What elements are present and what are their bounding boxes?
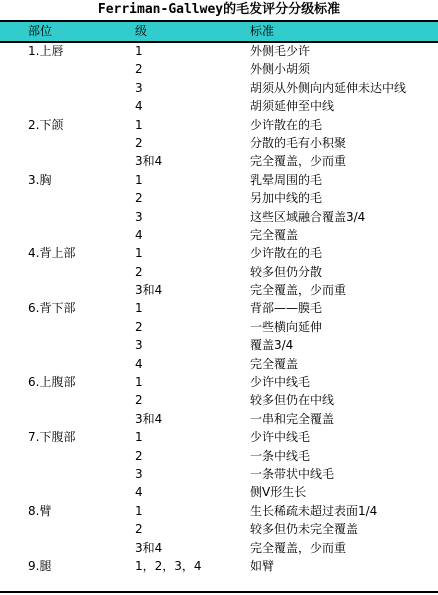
criteria-cell: 少许散在的毛: [250, 244, 322, 262]
site-cell: 8.臂: [28, 502, 51, 520]
table-row: 6.上腹部1少许中线毛: [0, 373, 438, 391]
table-title: Ferriman-Gallwey的毛发评分分级标准: [0, 2, 438, 18]
table-row: 8.臂1生长稀疏未超过表面1/4: [0, 502, 438, 520]
table-row: 3和4完全覆盖，少而重: [0, 152, 438, 170]
table-row: 3这些区域融合覆盖3/4: [0, 208, 438, 226]
grade-cell: 2: [135, 189, 143, 207]
table-row: 3和4完全覆盖，少而重: [0, 281, 438, 299]
table-row: 3一条带状中线毛: [0, 465, 438, 483]
criteria-cell: 背部——膜毛: [250, 299, 322, 317]
header-grade: 级: [135, 23, 147, 39]
grade-cell: 2: [135, 263, 143, 281]
grade-cell: 2: [135, 391, 143, 409]
table-row: 4完全覆盖: [0, 355, 438, 373]
table-row: 1.上唇1外侧毛少许: [0, 42, 438, 60]
grade-cell: 1: [135, 116, 143, 134]
table-row: 4.背上部1少许散在的毛: [0, 244, 438, 262]
criteria-cell: 较多但仍在中线: [250, 391, 334, 409]
grade-cell: 4: [135, 97, 143, 115]
grade-cell: 3和4: [135, 152, 162, 170]
site-cell: 7.下腹部: [28, 428, 75, 446]
criteria-cell: 如臂: [250, 557, 274, 575]
site-cell: 1.上唇: [28, 42, 63, 60]
grade-cell: 3和4: [135, 539, 162, 557]
criteria-cell: 胡须延伸至中线: [250, 97, 334, 115]
criteria-cell: 完全覆盖，少而重: [250, 281, 346, 299]
table-row: 2较多但仍未完全覆盖: [0, 520, 438, 538]
criteria-cell: 少许中线毛: [250, 428, 310, 446]
criteria-cell: 外侧毛少许: [250, 42, 310, 60]
criteria-cell: 这些区域融合覆盖3/4: [250, 208, 365, 226]
grade-cell: 4: [135, 355, 143, 373]
criteria-cell: 另加中线的毛: [250, 189, 322, 207]
table-row: 4完全覆盖: [0, 226, 438, 244]
site-cell: 3.胸: [28, 171, 51, 189]
grade-cell: 4: [135, 483, 143, 501]
table-row: 2较多但仍分散: [0, 263, 438, 281]
table-bottom-border: [0, 591, 438, 593]
criteria-cell: 少许散在的毛: [250, 116, 322, 134]
criteria-cell: 生长稀疏未超过表面1/4: [250, 502, 377, 520]
grade-cell: 1: [135, 171, 143, 189]
criteria-cell: 覆盖3/4: [250, 336, 293, 354]
criteria-cell: 侧V形生长: [250, 483, 306, 501]
table-row: 3和4一串和完全覆盖: [0, 410, 438, 428]
table-row: 4胡须延伸至中线: [0, 97, 438, 115]
grade-cell: 3: [135, 336, 143, 354]
site-cell: 6.背下部: [28, 299, 75, 317]
table-header: 部位 级 标准: [0, 20, 438, 43]
criteria-cell: 乳晕周围的毛: [250, 171, 322, 189]
table-row: 9.腿1，2，3，4如臂: [0, 557, 438, 575]
grade-cell: 1: [135, 42, 143, 60]
grade-cell: 2: [135, 318, 143, 336]
table-row: 2外侧小胡须: [0, 60, 438, 78]
table-row: 2.下颌1少许散在的毛: [0, 116, 438, 134]
grade-cell: 3: [135, 79, 143, 97]
criteria-cell: 一串和完全覆盖: [250, 410, 334, 428]
criteria-cell: 完全覆盖: [250, 355, 298, 373]
site-cell: 9.腿: [28, 557, 51, 575]
grade-cell: 1: [135, 428, 143, 446]
criteria-cell: 完全覆盖，少而重: [250, 152, 346, 170]
table-row: 2一些横向延伸: [0, 318, 438, 336]
site-cell: 2.下颌: [28, 116, 63, 134]
table-row: 2一条中线毛: [0, 447, 438, 465]
criteria-cell: 完全覆盖，少而重: [250, 539, 346, 557]
criteria-cell: 外侧小胡须: [250, 60, 310, 78]
grade-cell: 3: [135, 208, 143, 226]
site-cell: 4.背上部: [28, 244, 75, 262]
grade-cell: 1: [135, 299, 143, 317]
table-row: 2较多但仍在中线: [0, 391, 438, 409]
criteria-cell: 完全覆盖: [250, 226, 298, 244]
table-row: 7.下腹部1少许中线毛: [0, 428, 438, 446]
table-row: 6.背下部1背部——膜毛: [0, 299, 438, 317]
criteria-cell: 较多但仍未完全覆盖: [250, 520, 358, 538]
table-body: 1.上唇1外侧毛少许2外侧小胡须3胡须从外侧向内延伸未达中线4胡须延伸至中线2.…: [0, 42, 438, 575]
site-cell: 6.上腹部: [28, 373, 75, 391]
grade-cell: 2: [135, 134, 143, 152]
table-row: 3.胸1乳晕周围的毛: [0, 171, 438, 189]
header-criteria: 标准: [250, 23, 274, 39]
grade-cell: 2: [135, 447, 143, 465]
criteria-cell: 一条中线毛: [250, 447, 310, 465]
table-row: 3和4完全覆盖，少而重: [0, 539, 438, 557]
criteria-cell: 一些横向延伸: [250, 318, 322, 336]
grade-cell: 3: [135, 465, 143, 483]
header-site: 部位: [28, 23, 52, 39]
grade-cell: 1: [135, 244, 143, 262]
criteria-cell: 一条带状中线毛: [250, 465, 334, 483]
criteria-cell: 少许中线毛: [250, 373, 310, 391]
criteria-cell: 分散的毛有小积聚: [250, 134, 346, 152]
grade-cell: 1: [135, 373, 143, 391]
grade-cell: 2: [135, 60, 143, 78]
grade-cell: 2: [135, 520, 143, 538]
grade-cell: 3和4: [135, 281, 162, 299]
grade-cell: 3和4: [135, 410, 162, 428]
criteria-cell: 胡须从外侧向内延伸未达中线: [250, 79, 406, 97]
criteria-cell: 较多但仍分散: [250, 263, 322, 281]
table-row: 3胡须从外侧向内延伸未达中线: [0, 79, 438, 97]
table-row: 2分散的毛有小积聚: [0, 134, 438, 152]
table-row: 4侧V形生长: [0, 483, 438, 501]
table-row: 3覆盖3/4: [0, 336, 438, 354]
table-row: 2另加中线的毛: [0, 189, 438, 207]
grade-cell: 1: [135, 502, 143, 520]
grade-cell: 1，2，3，4: [135, 557, 202, 575]
grade-cell: 4: [135, 226, 143, 244]
